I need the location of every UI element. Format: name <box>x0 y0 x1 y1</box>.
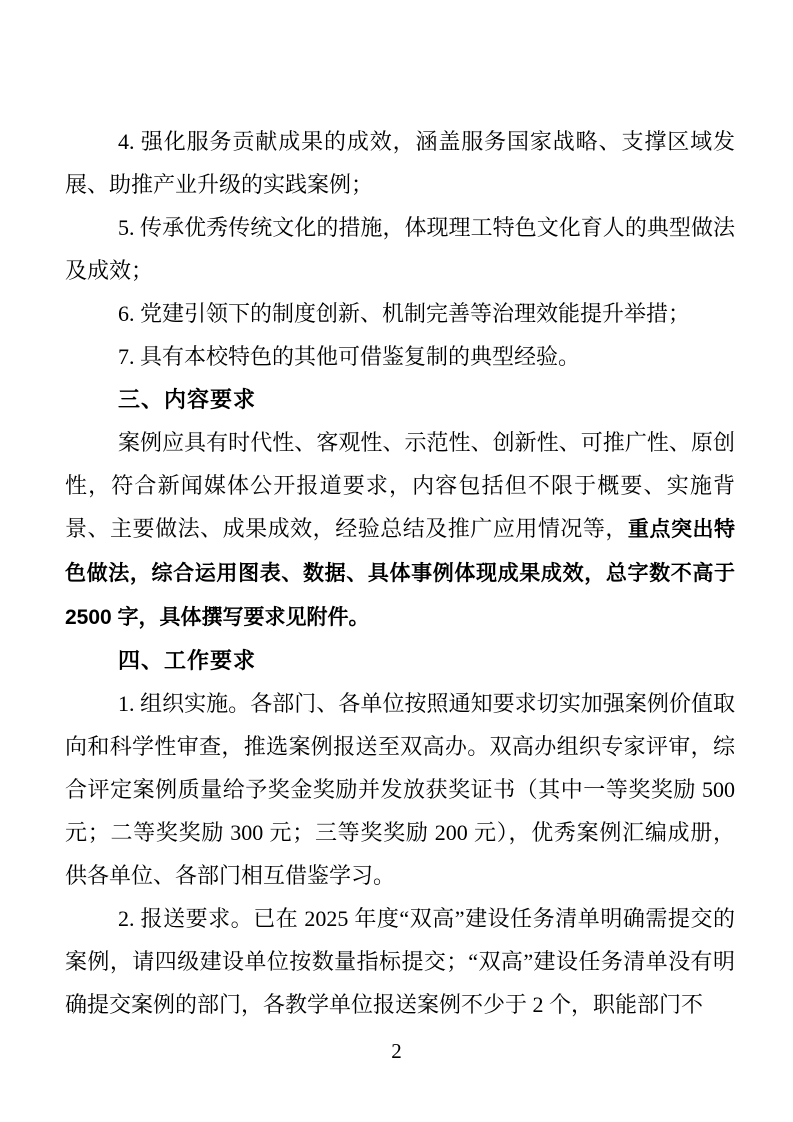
list-item-6: 6. 党建引领下的制度创新、机制完善等治理效能提升举措； <box>65 292 735 335</box>
list-item-5: 5. 传承优秀传统文化的措施，体现理工特色文化育人的典型做法及成效； <box>65 206 735 292</box>
section-heading-content-requirements: 三、内容要求 <box>65 378 735 421</box>
work-item-2-paragraph: 2. 报送要求。已在 2025 年度“双高”建设任务清单明确需提交的案例，请四级… <box>65 897 735 1026</box>
section-heading-work-requirements: 四、工作要求 <box>65 639 735 682</box>
list-item-4: 4. 强化服务贡献成果的成效，涵盖服务国家战略、支撑区域发展、助推产业升级的实践… <box>65 120 735 206</box>
page-number: 2 <box>0 1038 793 1064</box>
work-item-1-paragraph: 1. 组织实施。各部门、各单位按照通知要求切实加强案例价值取向和科学性审查，推选… <box>65 682 735 897</box>
content-requirements-paragraph: 案例应具有时代性、客观性、示范性、创新性、可推广性、原创性，符合新闻媒体公开报道… <box>65 421 735 639</box>
document-page: 4. 强化服务贡献成果的成效，涵盖服务国家战略、支撑区域发展、助推产业升级的实践… <box>0 0 793 1122</box>
list-item-7: 7. 具有本校特色的其他可借鉴复制的典型经验。 <box>65 335 735 378</box>
document-body: 4. 强化服务贡献成果的成效，涵盖服务国家战略、支撑区域发展、助推产业升级的实践… <box>65 120 735 1026</box>
